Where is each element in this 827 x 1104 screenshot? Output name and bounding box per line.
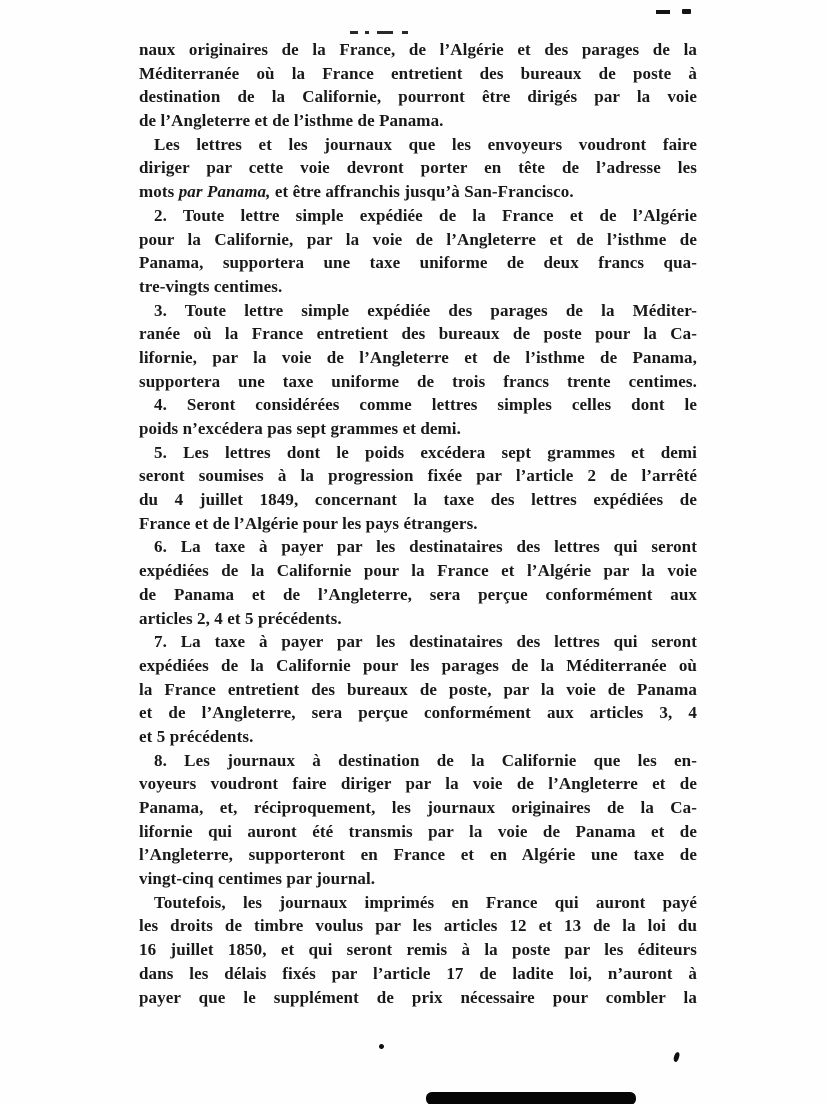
text-line: de l’Angleterre et de l’isthme de Panama… [139, 109, 697, 133]
remnant-dash [682, 9, 691, 14]
text-line: pour la Californie, par la voie de l’Ang… [139, 228, 697, 252]
text-line: Panama, supportera une taxe uniforme de … [139, 251, 697, 275]
text-line: lifornie qui auront été transmis par la … [139, 820, 697, 844]
remnant-dash [656, 10, 670, 14]
text-line: articles 2, 4 et 5 précédents. [139, 607, 697, 631]
text-line: tre-vingts centimes. [139, 275, 697, 299]
text-line: lifornie, par la voie de l’Angleterre et… [139, 346, 697, 370]
text-line: du 4 juillet 1849, concernant la taxe de… [139, 488, 697, 512]
text-line: diriger par cette voie devront porter en… [139, 156, 697, 180]
text-line: France et de l’Algérie pour les pays étr… [139, 512, 697, 536]
text-line: 3. Toute lettre simple expédiée des para… [139, 299, 697, 323]
ink-speck-comma [672, 1051, 680, 1062]
text-line: poids n’excédera pas sept grammes et dem… [139, 417, 697, 441]
text-block: naux originaires de la France, de l’Algé… [139, 38, 697, 1009]
text-line: 2. Toute lettre simple expédiée de la Fr… [139, 204, 697, 228]
remnant-dash [350, 31, 358, 34]
text-line: Panama, et, réciproquement, les journaux… [139, 796, 697, 820]
text-line: l’Angleterre, supporteront en France et … [139, 843, 697, 867]
text-line: 6. La taxe à payer par les destinataires… [139, 535, 697, 559]
text-line: 5. Les lettres dont le poids excédera se… [139, 441, 697, 465]
text-line: Toutefois, les journaux imprimés en Fran… [139, 891, 697, 915]
text-line: naux originaires de la France, de l’Algé… [139, 38, 697, 62]
remnant-dash [377, 31, 393, 34]
text-line: seront soumises à la progression fixée p… [139, 464, 697, 488]
text-line: expédiées de la Californie pour la Franc… [139, 559, 697, 583]
text-line: de Panama et de l’Angleterre, sera perçu… [139, 583, 697, 607]
text-line: Les lettres et les journaux que les envo… [139, 133, 697, 157]
text-line: et de l’Angleterre, sera perçue conformé… [139, 701, 697, 725]
header-remnant-marks [350, 31, 408, 34]
text-line: supportera une taxe uniforme de trois fr… [139, 370, 697, 394]
text-line: 8. Les journaux à destination de la Cali… [139, 749, 697, 773]
text-line: payer que le supplément de prix nécessai… [139, 986, 697, 1010]
text-line: expédiées de la Californie pour les para… [139, 654, 697, 678]
bottom-black-bar [426, 1092, 636, 1104]
remnant-dot [365, 31, 369, 34]
text-line: voyeurs voudront faire diriger par la vo… [139, 772, 697, 796]
text-line: Méditerranée où la France entretient des… [139, 62, 697, 86]
text-line: vingt-cinq centimes par journal. [139, 867, 697, 891]
text-line: 4. Seront considérées comme lettres simp… [139, 393, 697, 417]
text-line: destination de la Californie, pourront ê… [139, 85, 697, 109]
text-line: les droits de timbre voulus par les arti… [139, 914, 697, 938]
text-line: et 5 précédents. [139, 725, 697, 749]
text-line: 7. La taxe à payer par les destinataires… [139, 630, 697, 654]
text-line: la France entretient des bureaux de post… [139, 678, 697, 702]
scanned-page: naux originaires de la France, de l’Algé… [0, 0, 827, 1104]
text-line: 16 juillet 1850, et qui seront remis à l… [139, 938, 697, 962]
text-line: mots par Panama, et être affranchis jusq… [139, 180, 697, 204]
text-line: dans les délais fixés par l’article 17 d… [139, 962, 697, 986]
ink-speck-dot [378, 1043, 385, 1050]
remnant-dash [402, 31, 408, 34]
top-right-remnant-marks [656, 9, 691, 14]
text-line: ranée où la France entretient des bureau… [139, 322, 697, 346]
